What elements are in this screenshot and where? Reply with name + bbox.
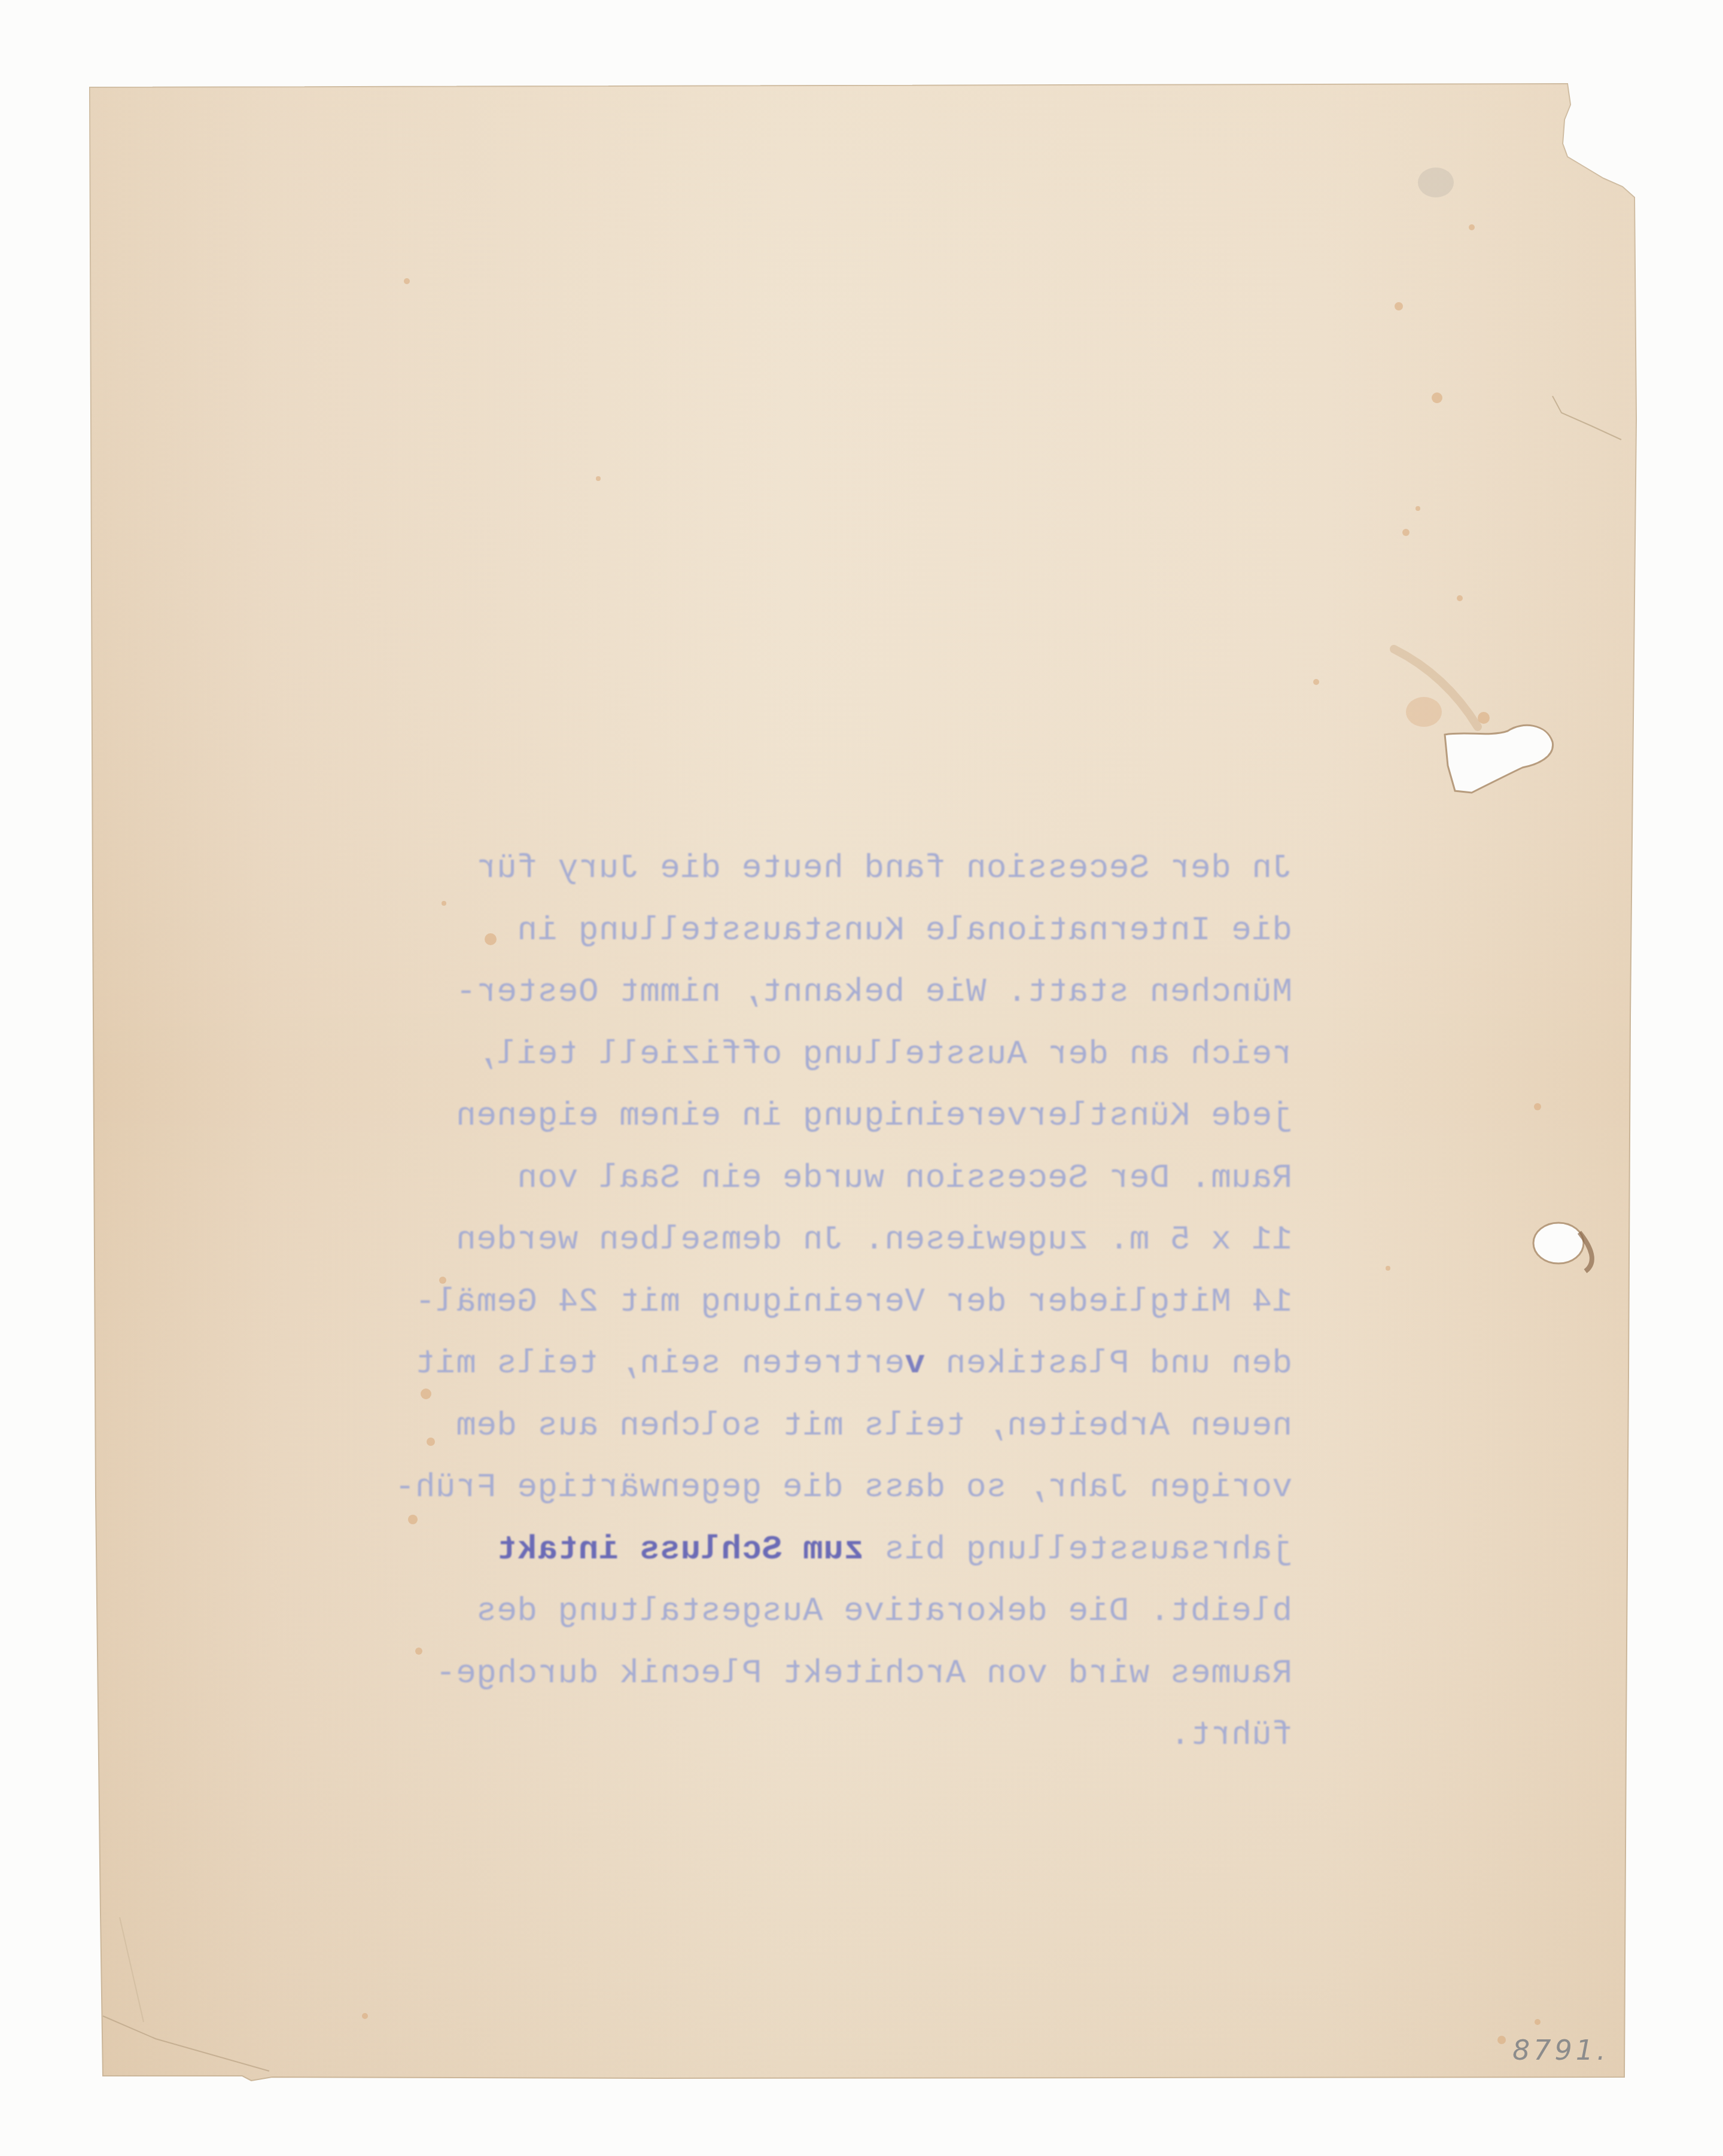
text-line: den und Plastiken vertreten sein, teils … xyxy=(419,1333,1292,1395)
text-line: die Internationale Kunstausstellung in xyxy=(419,900,1292,962)
text-line: Raum. Der Secession wurde ein Saal von xyxy=(419,1147,1292,1210)
text-segment: den und Plastiken xyxy=(925,1344,1292,1382)
punch-hole xyxy=(1533,1223,1584,1263)
text-segment: ertreten sein, teils mit xyxy=(415,1344,905,1382)
mirrored-typewritten-text: Jn der Secession fand heute die Jury für… xyxy=(419,838,1292,1767)
text-segment: die Internationale Kunstausstellung in xyxy=(517,911,1292,949)
text-segment: neuen Arbeiten, teils mit solchen aus de… xyxy=(456,1406,1292,1445)
text-line: neuen Arbeiten, teils mit solchen aus de… xyxy=(419,1395,1292,1457)
archive-number: 8791. xyxy=(1512,2034,1609,2066)
text-segment: bleibt. Die dekorative Ausgestaltung des xyxy=(476,1592,1292,1630)
text-segment: führt. xyxy=(1170,1716,1292,1754)
text-segment: reich an der Ausstellung offiziell teil, xyxy=(476,1035,1292,1073)
text-segment: zum Schluss intakt xyxy=(497,1530,864,1569)
text-segment: München statt. Wie bekannt, nimmt Oester… xyxy=(456,973,1292,1011)
text-segment: vorigen Jahr, so dass die gegenwärtige F… xyxy=(394,1468,1292,1506)
text-segment: v xyxy=(905,1344,925,1382)
text-line: Jn der Secession fand heute die Jury für xyxy=(419,838,1292,900)
text-segment: Raum. Der Secession wurde ein Saal von xyxy=(517,1159,1292,1197)
text-line: jede Künstlervereinigung in einem eigene… xyxy=(419,1085,1292,1147)
text-segment: Jn der Secession fand heute die Jury für xyxy=(476,849,1292,887)
text-segment: 11 x 5 m. zugewiesen. Jn demselben werde… xyxy=(456,1220,1292,1259)
text-segment: 14 Mitglieder der Vereinigung mit 24 Gem… xyxy=(415,1283,1292,1321)
text-segment: jede Künstlervereinigung in einem eigene… xyxy=(456,1097,1292,1135)
text-line: vorigen Jahr, so dass die gegenwärtige F… xyxy=(419,1457,1292,1519)
text-line: 14 Mitglieder der Vereinigung mit 24 Gem… xyxy=(419,1271,1292,1333)
text-line: München statt. Wie bekannt, nimmt Oester… xyxy=(419,961,1292,1024)
text-line: 11 x 5 m. zugewiesen. Jn demselben werde… xyxy=(419,1209,1292,1271)
text-segment: Raumes wird von Architekt Plecnik durchg… xyxy=(436,1654,1292,1692)
text-line: führt. xyxy=(419,1704,1292,1767)
text-line: bleibt. Die dekorative Ausgestaltung des xyxy=(419,1581,1292,1643)
text-line: jahrsausstellung bis zum Schluss intakt xyxy=(419,1519,1292,1581)
text-segment: jahrsausstellung bis xyxy=(864,1530,1292,1569)
text-line: Raumes wird von Architekt Plecnik durchg… xyxy=(419,1643,1292,1705)
text-line: reich an der Ausstellung offiziell teil, xyxy=(419,1024,1292,1086)
